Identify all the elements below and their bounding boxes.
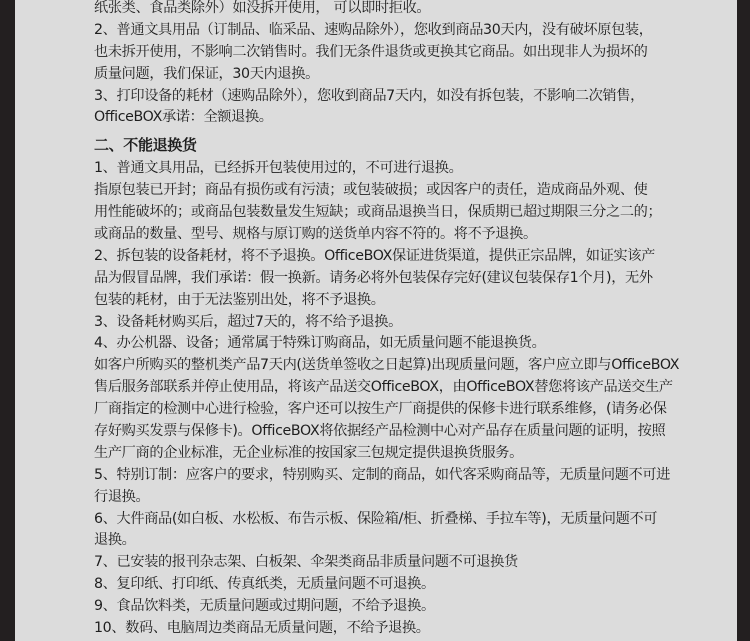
policy-line: 包装的耗材，由于无法鉴别出处，将不予退换。	[94, 290, 694, 312]
policy-line: 3、设备耗材购买后，超过7天的，将不给予退换。	[94, 312, 694, 334]
section-heading: 二、不能退换货	[94, 130, 694, 158]
policy-line: 或商品的数量、型号、规格与原订购的送货单内容不符的。将不予退换。	[94, 224, 694, 246]
policy-line: OfficeBOX承诺：全额退换。	[94, 107, 694, 129]
policy-line: 6、大件商品(如白板、水松板、布告示板、保险箱/柜、折叠梯、手拉车等)，无质量问…	[94, 509, 694, 531]
policy-line: 7、已安装的报刊杂志架、白板架、伞架类商品非质量问题不可退换货	[94, 552, 694, 574]
policy-line: 8、复印纸、打印纸、传真纸类，无质量问题不可退换。	[94, 574, 694, 596]
policy-line: 2、普通文具用品（订制品、临采品、速购品除外），您收到商品30天内，没有破坏原包…	[94, 20, 694, 42]
policy-line: 生产厂商的企业标准，无企业标准的按国家三包规定提供退换货服务。	[94, 443, 694, 465]
policy-line: 厂商指定的检测中心进行检验，客户还可以按生产厂商提供的保修卡进行联系维修，(请务…	[94, 399, 694, 421]
policy-line: 4、办公机器、设备；通常属于特殊订购商品，如无质量问题不能退换货。	[94, 333, 694, 355]
policy-line: 质量问题，我们保证，30天内退换。	[94, 64, 694, 86]
policy-line: 9、食品饮料类，无质量问题或过期问题，不给予退换。	[94, 596, 694, 618]
policy-line: 如客户所购买的整机类产品7天内(送货单签收之日起算)出现质量问题，客户应立即与O…	[94, 355, 694, 377]
policy-line: 用性能破坏的；或商品包装数量发生短缺；或商品退换当日，保质期已超过期限三分之二的…	[94, 202, 694, 224]
policy-line: 售后服务部联系并停止使用品，将该产品送交OfficeBOX，由OfficeBOX…	[94, 377, 694, 399]
policy-line: 纸张类、食品类除外）如没拆开使用， 可以即时拒收。	[94, 0, 694, 20]
policy-line: 也未拆开使用，不影响二次销售时。我们无条件退货或更换其它商品。如出现非人为损坏的	[94, 42, 694, 64]
policy-line: 3、打印设备的耗材（速购品除外），您收到商品7天内，如没有拆包装，不影响二次销售…	[94, 86, 694, 108]
policy-line: 1、普通文具用品，已经拆开包装使用过的，不可进行退换。	[94, 158, 694, 180]
policy-line: 2、拆包装的设备耗材，将不予退换。OfficeBOX保证进货渠道，提供正宗品牌，…	[94, 246, 694, 268]
policy-line: 5、特别订制：应客户的要求，特别购买、定制的商品，如代客采购商品等，无质量问题不…	[94, 465, 694, 487]
policy-line: 指原包装已开封；商品有损伤或有污渍；或包装破损；或因客户的责任，造成商品外观、使	[94, 180, 694, 202]
policy-line: 存好购买发票与保修卡)。OfficeBOX将依据经产品检测中心对产品存在质量问题…	[94, 421, 694, 443]
policy-line: 品为假冒品牌，我们承诺：假一换新。请务必将外包装保存完好(建议包装保存1个月)，…	[94, 268, 694, 290]
content-panel: 纸张类、食品类除外）如没拆开使用， 可以即时拒收。 2、普通文具用品（订制品、临…	[15, 0, 737, 641]
policy-line: 退换。	[94, 530, 694, 552]
return-policy-document: 纸张类、食品类除外）如没拆开使用， 可以即时拒收。 2、普通文具用品（订制品、临…	[94, 0, 694, 640]
policy-line: 行退换。	[94, 487, 694, 509]
policy-line: 10、数码、电脑周边类商品无质量问题，不给予退换。	[94, 618, 694, 640]
